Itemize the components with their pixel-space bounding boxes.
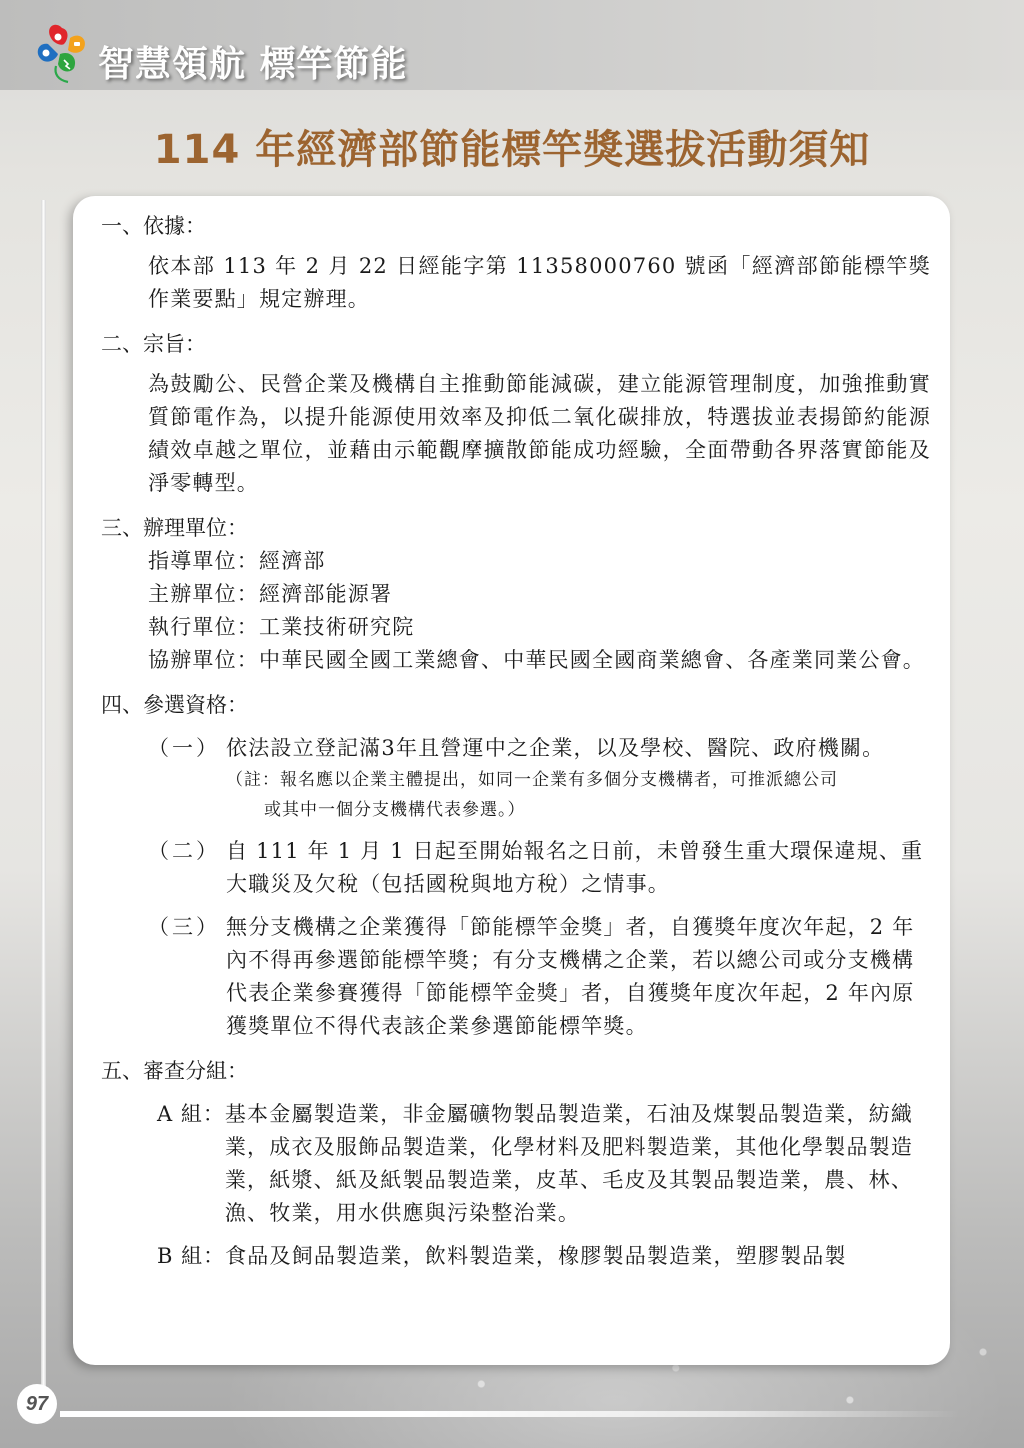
- eligibility-item: （三） 無分支機構之企業獲得「節能標竿金獎」者，自獲獎年度次年起，2 年內不得再…: [148, 911, 931, 1043]
- item-text: 自 111 年 1 月 1 日起至開始報名之日前，未曾發生重大環保違規、重大職災…: [226, 835, 931, 901]
- content-card: 一、依據： 依本部 113 年 2 月 22 日經能字第 11358000760…: [73, 196, 950, 1365]
- organizer-value: 工業技術研究院: [259, 611, 931, 644]
- section-heading: 五、審查分組：: [101, 1055, 931, 1088]
- eligibility-item: （二） 自 111 年 1 月 1 日起至開始報名之日前，未曾發生重大環保違規、…: [148, 835, 931, 901]
- organizer-label: 執行單位：: [148, 611, 259, 644]
- organizer-label: 協辦單位：: [148, 644, 259, 677]
- group-text: 食品及飼品製造業，飲料製造業，橡膠製品製造業，塑膠製品製: [225, 1240, 931, 1273]
- organizer-label: 主辦單位：: [148, 578, 259, 611]
- section-purpose: 二、宗旨： 為鼓勵公、民營企業及機構自主推動節能減碳，建立能源管理制度，加強推動…: [101, 328, 931, 500]
- section-organizers: 三、辦理單位： 指導單位： 經濟部 主辦單位： 經濟部能源署 執行單位： 工業技…: [101, 512, 931, 677]
- section-paragraph: 依本部 113 年 2 月 22 日經能字第 11358000760 號函「經濟…: [148, 250, 931, 316]
- organizer-value: 中華民國全國工業總會、中華民國全國商業總會、各產業同業公會。: [259, 644, 931, 677]
- page-title: 114 年經濟部節能標竿獎選拔活動須知: [0, 118, 1024, 175]
- eligibility-item: （一） 依法設立登記滿3年且營運中之企業，以及學校、醫院、政府機關。: [148, 732, 931, 765]
- page-number: 97: [17, 1384, 57, 1424]
- section-heading: 三、辦理單位：: [101, 512, 931, 545]
- item-text: 無分支機構之企業獲得「節能標竿金獎」者，自獲獎年度次年起，2 年內不得再參選節能…: [226, 911, 931, 1043]
- organizer-label: 指導單位：: [148, 545, 259, 578]
- section-eligibility: 四、參選資格： （一） 依法設立登記滿3年且營運中之企業，以及學校、醫院、政府機…: [101, 689, 931, 1043]
- group-label: B 組：: [157, 1240, 225, 1273]
- item-number: （二）: [148, 835, 226, 901]
- header-band: 智慧領航 標竿節能: [0, 0, 1024, 90]
- organizer-row: 指導單位： 經濟部: [148, 545, 931, 578]
- group-label: A 組：: [157, 1098, 225, 1230]
- bottom-decorative-line: [60, 1411, 960, 1417]
- item-number: （三）: [148, 911, 226, 1043]
- section-groups: 五、審查分組： A 組： 基本金屬製造業，非金屬礦物製品製造業，石油及煤製品製造…: [101, 1055, 931, 1273]
- organizer-row: 協辦單位： 中華民國全國工業總會、中華民國全國商業總會、各產業同業公會。: [148, 644, 931, 677]
- organizer-row: 主辦單位： 經濟部能源署: [148, 578, 931, 611]
- group-text: 基本金屬製造業，非金屬礦物製品製造業，石油及煤製品製造業，紡織業，成衣及服飾品製…: [225, 1098, 931, 1230]
- brand-title: 智慧領航 標竿節能: [98, 36, 408, 87]
- section-basis: 一、依據： 依本部 113 年 2 月 22 日經能字第 11358000760…: [101, 210, 931, 316]
- note-line: （註：報名應以企業主體提出，如同一企業有多個分支機構者，可推派總公司: [226, 770, 838, 790]
- section-paragraph: 為鼓勵公、民營企業及機構自主推動節能減碳，建立能源管理制度，加強推動實質節電作為…: [148, 368, 931, 500]
- item-text: 依法設立登記滿3年且營運中之企業，以及學校、醫院、政府機關。: [226, 732, 931, 765]
- clover-logo-icon: [34, 22, 94, 84]
- left-decorative-line: [41, 200, 46, 1415]
- organizer-value: 經濟部: [259, 545, 931, 578]
- section-heading: 一、依據：: [101, 210, 931, 243]
- note-line: 或其中一個分支機構代表參選。）: [226, 795, 931, 825]
- item-number: （一）: [148, 732, 226, 765]
- section-heading: 四、參選資格：: [101, 689, 931, 722]
- section-heading: 二、宗旨：: [101, 328, 931, 361]
- organizer-row: 執行單位： 工業技術研究院: [148, 611, 931, 644]
- group-item: B 組： 食品及飼品製造業，飲料製造業，橡膠製品製造業，塑膠製品製: [157, 1240, 931, 1273]
- group-item: A 組： 基本金屬製造業，非金屬礦物製品製造業，石油及煤製品製造業，紡織業，成衣…: [157, 1098, 931, 1230]
- document-body: 一、依據： 依本部 113 年 2 月 22 日經能字第 11358000760…: [101, 210, 931, 1285]
- organizer-value: 經濟部能源署: [259, 578, 931, 611]
- eligibility-note: （註：報名應以企業主體提出，如同一企業有多個分支機構者，可推派總公司 或其中一個…: [226, 765, 931, 825]
